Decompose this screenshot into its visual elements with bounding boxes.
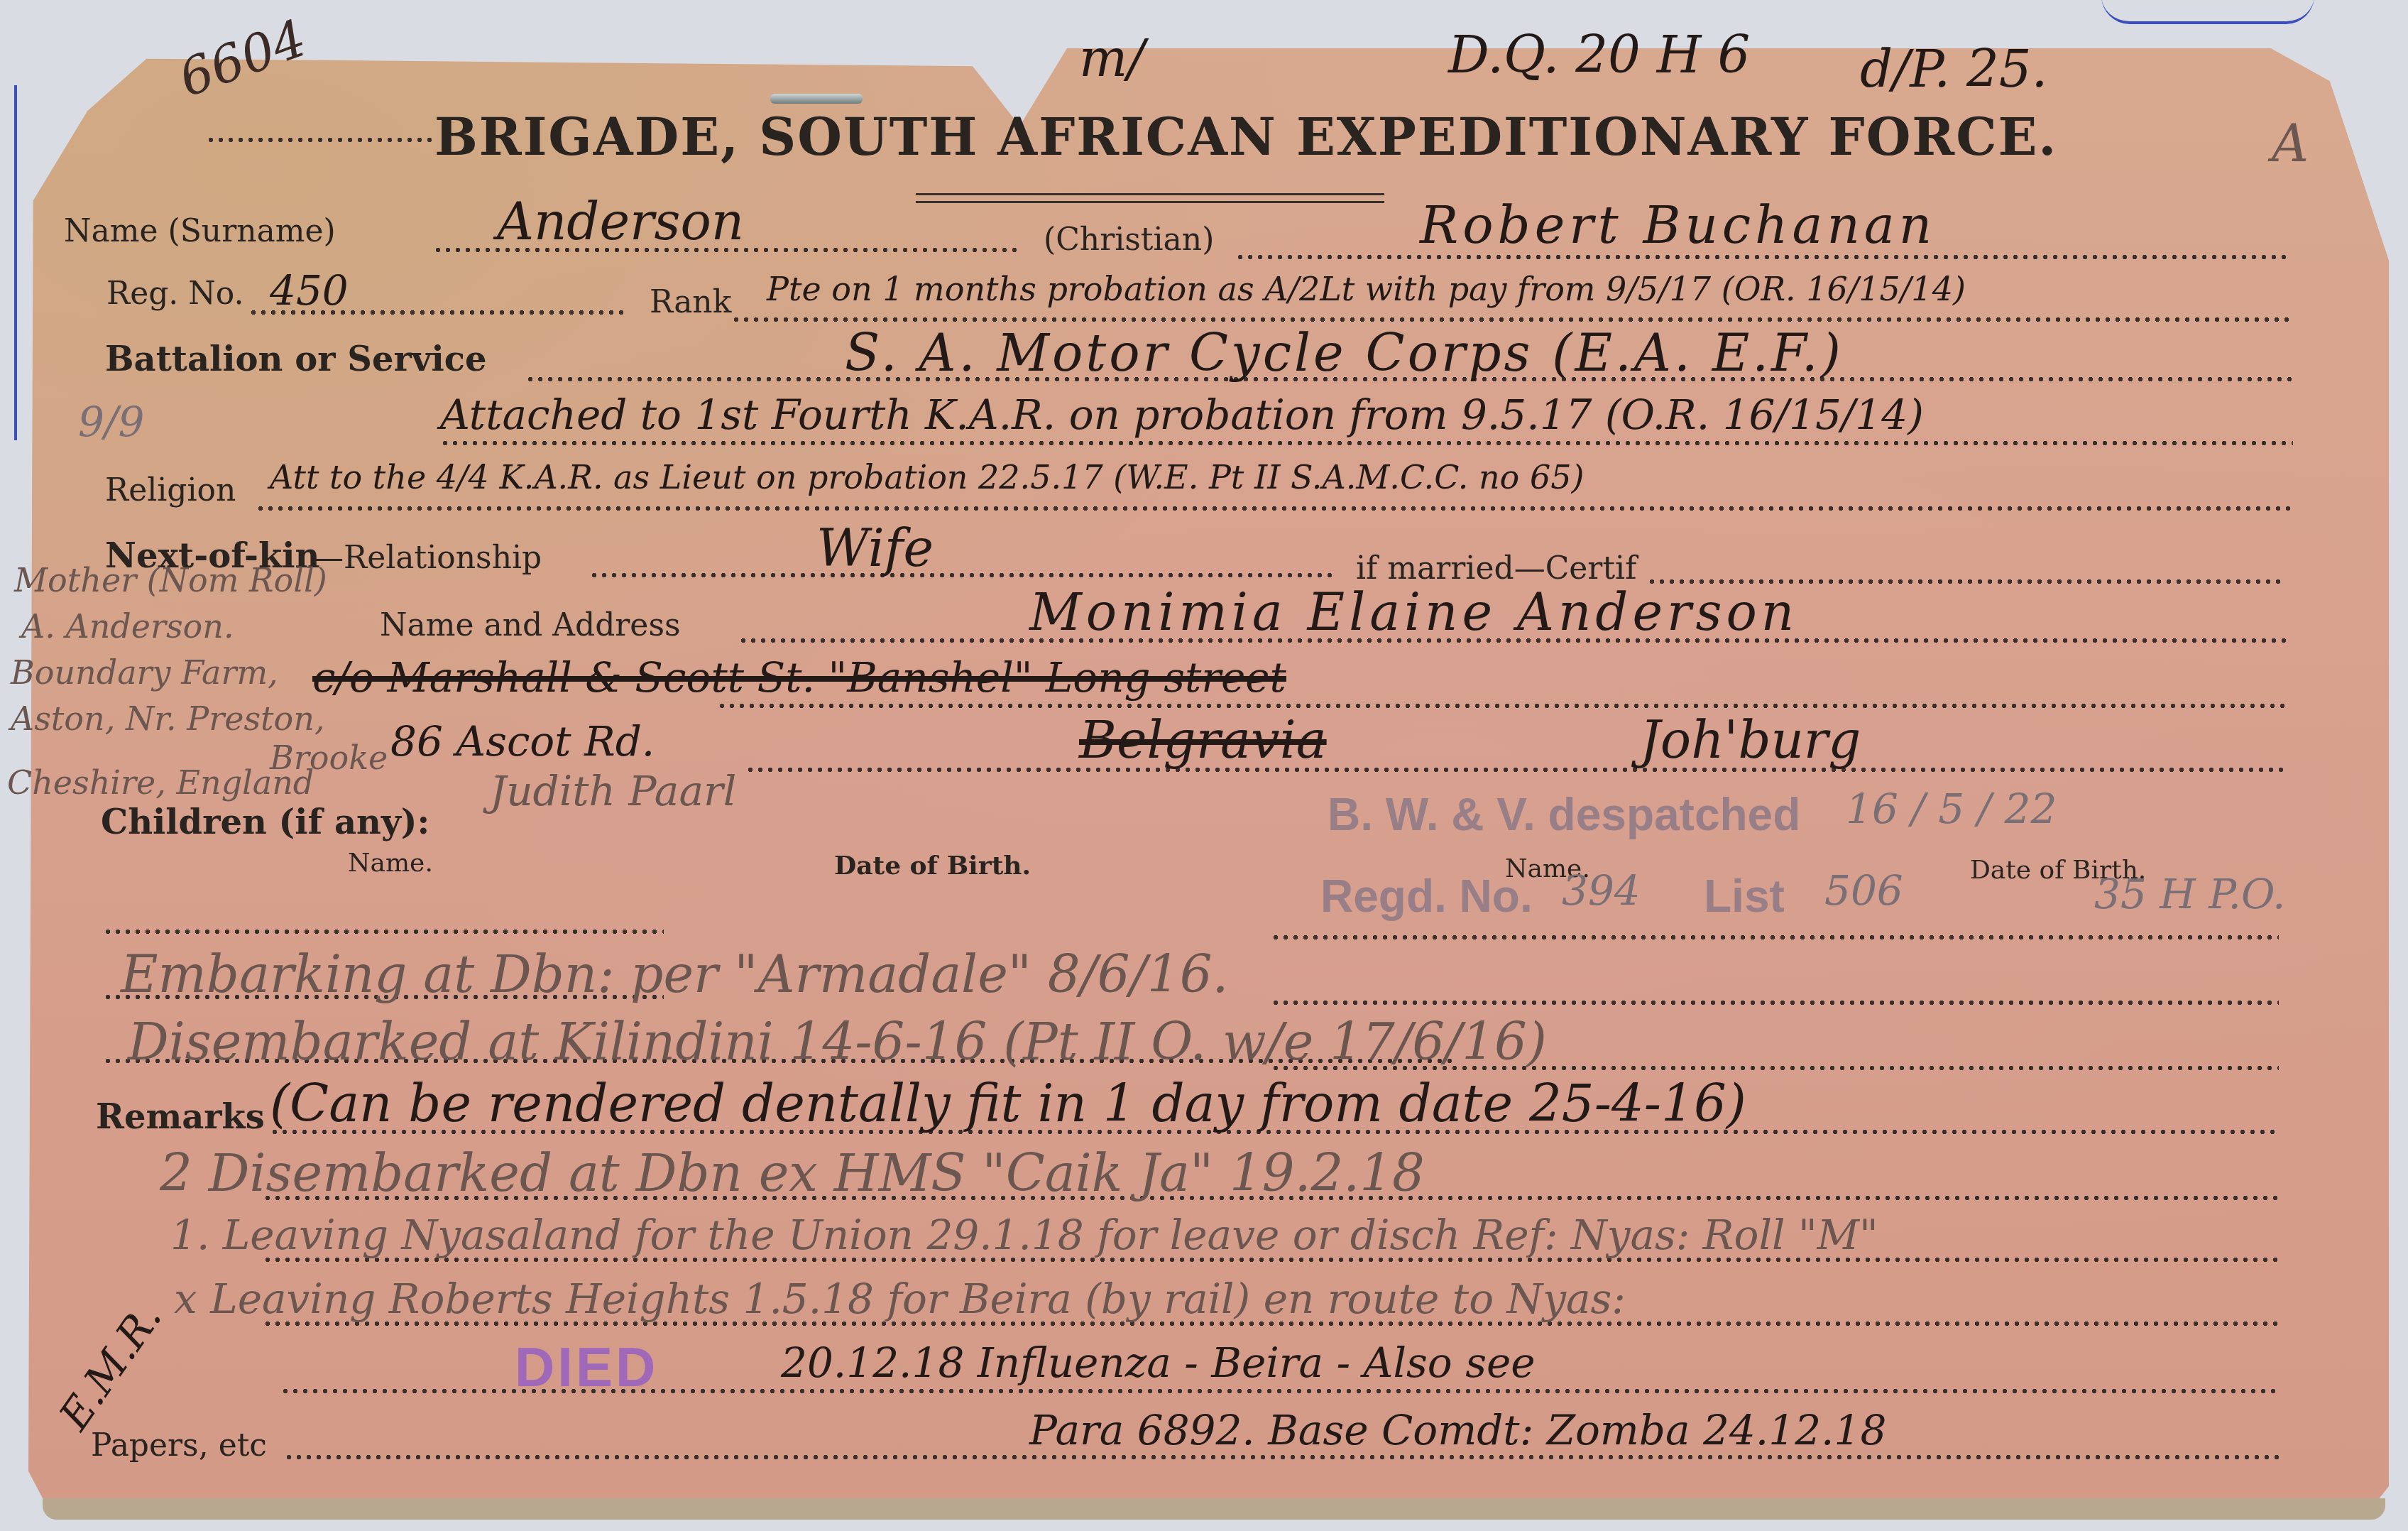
address-city: Joh'burg: [1640, 710, 1861, 770]
remarks-line: 20.12.18 Influenza - Beira - Also see: [781, 1339, 1536, 1387]
address-new-1: 86 Ascot Rd.: [390, 717, 655, 765]
reg-no-label: Reg. No.: [106, 276, 244, 312]
religion-label: Religion: [105, 472, 236, 508]
remarks-label: Remarks: [96, 1097, 265, 1137]
margin-note-line: Cheshire, England: [7, 763, 314, 802]
children-label: Children (if any):: [101, 802, 429, 842]
children-dob-label: Date of Birth.: [834, 851, 1031, 881]
dotted-line: [1271, 935, 2279, 940]
nok-name: Monimia Elaine Anderson: [1029, 582, 1798, 642]
dotted-line: [440, 440, 2293, 446]
rank-value: Pte on 1 months probation as A/2Lt with …: [767, 270, 1966, 308]
dotted-line: [284, 1454, 2279, 1460]
battalion-line2: Attached to 1st Fourth K.A.R. on probati…: [440, 391, 1924, 439]
address-new-2: Judith Paarl: [490, 767, 736, 815]
remarks-line: 1. Leaving Nyasaland for the Union 29.1.…: [170, 1211, 1878, 1259]
margin-pencil: 9/9: [78, 398, 144, 446]
regd-no-label: Regd. No.: [1320, 870, 1533, 922]
address-struck-1: c/o Marshall & Scott St. "Banshel" Long …: [312, 653, 1286, 702]
dotted-line: [1235, 254, 2286, 260]
children-name-label: Name.: [348, 849, 433, 878]
bwv-stamp-date: 16 / 5 / 22: [1846, 785, 2057, 833]
stamp-extra-value: 35 H P.O.: [2094, 870, 2286, 918]
blue-pen-mark: [14, 85, 38, 440]
regd-no-value: 394: [1562, 866, 1641, 915]
title-rule: [916, 193, 1384, 203]
dotted-line: [256, 506, 2293, 511]
dotted-line: [1271, 1000, 2279, 1006]
movement-line: Embarking at Dbn: per "Armadale" 8/6/16.: [121, 944, 1228, 1004]
religion-value: Att to the 4/4 K.A.R. as Lieut on probat…: [270, 458, 1584, 496]
relationship-label: —Relationship: [312, 540, 542, 576]
if-married-label: if married—Certif: [1356, 550, 1636, 587]
died-stamp: DIED: [515, 1335, 658, 1400]
address-struck-2: Belgravia: [1079, 710, 1327, 770]
top-annotation-3: d/P. 25.: [1860, 39, 2047, 99]
top-annotation-1: m/: [1079, 28, 1145, 88]
dotted-line: [745, 767, 2286, 773]
corner-mark: A: [2272, 114, 2309, 173]
christian-label: (Christian): [1044, 222, 1214, 258]
blue-pen-mark: [2101, 0, 2314, 24]
dotted-line: [206, 137, 433, 143]
remarks-line: x Leaving Roberts Heights 1.5.18 for Bei…: [174, 1275, 1626, 1323]
battalion-label: Battalion or Service: [105, 339, 487, 379]
dotted-line: [103, 929, 664, 935]
top-annotation-2: D.Q. 20 H 6: [1448, 25, 1750, 85]
movement-line: Disembarked at Kilindini 14-6-16 (Pt II …: [128, 1012, 1547, 1072]
list-value: 506: [1824, 866, 1903, 915]
name-address-label: Name and Address: [380, 607, 681, 643]
margin-note-line: Boundary Farm,: [11, 653, 278, 692]
bwv-stamp-label: B. W. & V. despatched: [1328, 788, 1800, 841]
list-label: List: [1704, 870, 1785, 922]
staple: [770, 94, 863, 104]
christian-value: Robert Buchanan: [1420, 195, 1936, 255]
dotted-line: [589, 572, 1335, 578]
dotted-line: [717, 703, 2286, 709]
relationship-value: Wife: [816, 518, 934, 578]
papers-value: Para 6892. Base Comdt: Zomba 24.12.18: [1029, 1406, 1886, 1454]
surname-label: Name (Surname): [64, 213, 336, 249]
surname-value: Anderson: [497, 192, 744, 251]
remarks-line: (Can be rendered dentally fit in 1 day f…: [270, 1074, 1746, 1133]
margin-note-line: Aston, Nr. Preston,: [11, 699, 325, 738]
card-title: BRIGADE, SOUTH AFRICAN EXPEDITIONARY FOR…: [434, 107, 2057, 167]
reg-no-value: 450: [270, 266, 349, 315]
margin-note-line: A. Anderson.: [21, 607, 234, 645]
dotted-line: [731, 317, 2293, 322]
margin-note-line: Mother (Nom Roll): [14, 561, 327, 599]
papers-label: Papers, etc: [91, 1427, 267, 1464]
card-bottom-edge: [43, 1498, 2385, 1520]
battalion-value: S. A. Motor Cycle Corps (E.A. E.F.): [845, 323, 1844, 383]
rank-label: Rank: [650, 284, 731, 320]
remarks-line: 2 Disembarked at Dbn ex HMS "Caik Ja" 19…: [160, 1143, 1425, 1203]
